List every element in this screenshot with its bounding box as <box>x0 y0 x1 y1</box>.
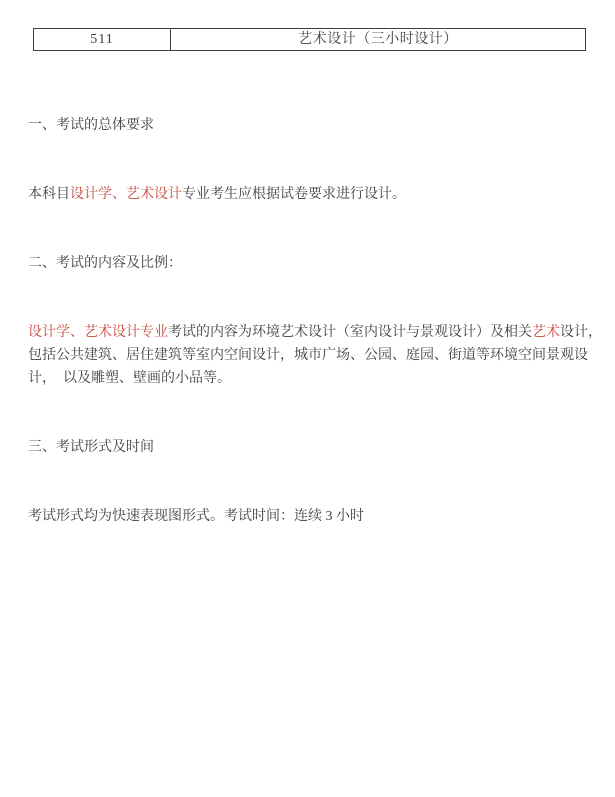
section2-heading: 二、考试的内容及比例： <box>28 252 612 275</box>
subject-code: 511 <box>90 33 113 47</box>
red-text-segment: 设计学、艺术设计 <box>70 187 182 202</box>
section1-heading: 一、考试的总体要求 <box>28 114 612 137</box>
text-segment: 考试形式均为快速表现图形式。考试时间：连续 3 小时 <box>28 509 364 524</box>
section3-paragraph: 考试形式均为快速表现图形式。考试时间：连续 3 小时 <box>28 505 612 528</box>
text-segment: 本科目 <box>28 187 70 202</box>
red-text-segment: 艺术 <box>532 325 560 340</box>
section2-paragraph: 设计学、艺术设计专业考试的内容为环境艺术设计（室内设计与景观设计）及相关艺术设计… <box>28 321 612 390</box>
text-segment: 专业考生应根据试卷要求进行设计。 <box>182 187 406 202</box>
document-page: 511 艺术设计（三小时设计） 一、考试的总体要求 本科目设计学、艺术设计专业考… <box>0 0 615 797</box>
document-body: 一、考试的总体要求 本科目设计学、艺术设计专业考生应根据试卷要求进行设计。 二、… <box>28 68 612 574</box>
red-text-segment: 设计学、艺术设计专业 <box>28 325 168 340</box>
section3-heading: 三、考试形式及时间 <box>28 436 612 459</box>
section1-paragraph: 本科目设计学、艺术设计专业考生应根据试卷要求进行设计。 <box>28 183 612 206</box>
text-segment: 考试的内容为环境艺术设计（室内设计与景观设计）及相关 <box>168 325 532 340</box>
subject-name: 艺术设计（三小时设计） <box>298 33 458 47</box>
subject-name-cell: 艺术设计（三小时设计） <box>171 29 585 50</box>
subject-code-cell: 511 <box>34 29 171 50</box>
subject-table: 511 艺术设计（三小时设计） <box>33 28 586 51</box>
